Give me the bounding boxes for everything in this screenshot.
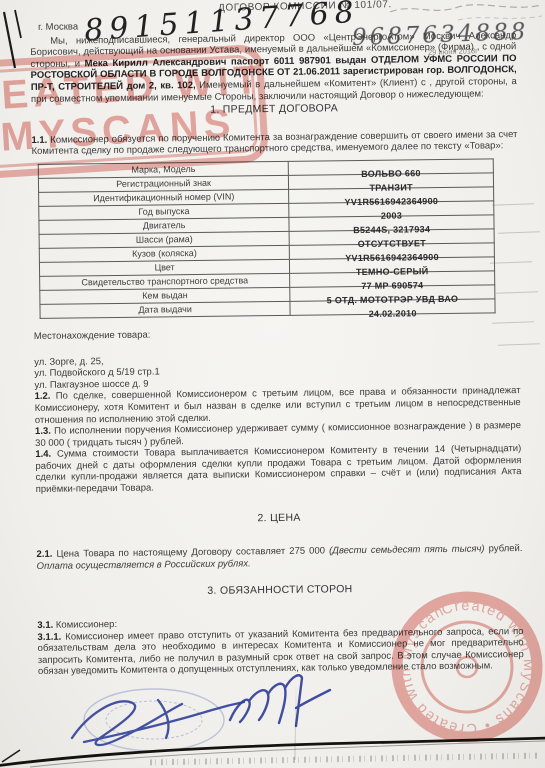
pencil-scribble: [388, 0, 545, 26]
next-page-edge: [0, 728, 545, 768]
intro-paragraph: Мы, нижеподписавшиеся, генеральный дирек…: [30, 30, 517, 105]
section-3-heading: 3. ОБЯЗАННОСТИ СТОРОН: [37, 582, 523, 600]
scanned-document-page: ДОГОВОР КОМИССИИ № 101/07. 89151137768 9…: [0, 0, 545, 768]
clause-1-1-number: 1.1.: [31, 135, 47, 146]
clause-1-1: 1.1. Комиссионер обязуется по поручению …: [31, 129, 517, 158]
vehicle-details-table: Марка, МодельВОЛЬВО 660 Регистрационный …: [38, 158, 496, 319]
address-list: ул. Зорге, д. 25, ул. Подвойского д 5/19…: [34, 351, 520, 392]
document-body: г. Москва Мы, нижеподписавшиеся, генерал…: [30, 16, 524, 678]
section-2-heading: 2. ЦЕНА: [36, 510, 522, 528]
clause-1-4: 1.4. Сумма стоимости Товара выплачиваетс…: [35, 443, 522, 495]
location-heading: Местонахождение товара:: [34, 325, 520, 343]
clause-1-2: 1.2. По сделке, совершенной Комиссионеро…: [35, 385, 521, 426]
scan-pen-marks: [0, 8, 40, 88]
clause-2-1: 2.1. Цена Товара по настоящему Договору …: [36, 543, 522, 572]
